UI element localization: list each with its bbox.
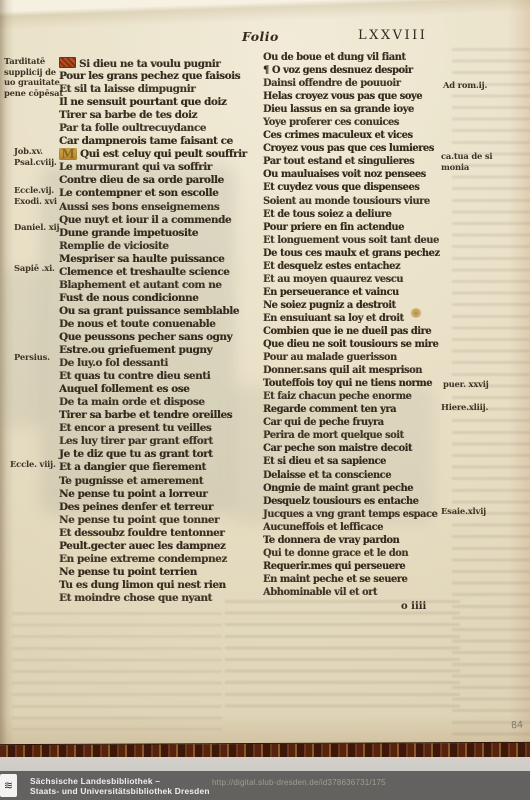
verse-line: Par ta folle oultrecuydance xyxy=(59,122,247,135)
verse-line: Clemence et treshaulte science xyxy=(59,266,247,279)
margin-note: Eccle.vij. xyxy=(14,185,54,196)
verse-line: De tous ces maulx et grans pechez xyxy=(263,247,440,260)
verse-line: Ces crimes maculeux et vices xyxy=(263,129,440,142)
verse-line: Qui te donne grace et le don xyxy=(263,547,440,560)
verse-line: Et a dangier que fierement xyxy=(59,461,247,474)
verse-line: Car qui de peche fruyra xyxy=(263,416,440,429)
illuminated-initial-icon: M xyxy=(59,148,77,160)
verse-line: Remplie de viciosite xyxy=(59,240,247,253)
verse-line: Blaphement et autant com ne xyxy=(59,279,247,292)
verse-line: ¶ O voz gens desnuez despoir xyxy=(263,64,440,77)
verse-line: Ongnie de maint grant peche xyxy=(263,482,440,495)
bleed-through-text xyxy=(225,600,460,708)
verse-line: Et au moyen quaurez vescu xyxy=(263,273,440,286)
margin-note: ca.tua de simonia xyxy=(441,151,492,172)
verse-line: Pour les grans pechez que faisois xyxy=(59,70,247,83)
verse-line: Et si dieu et sa sapience xyxy=(263,455,440,468)
verse-line: Auquel follement es ose xyxy=(59,383,247,396)
institution-line2: Staats- und Universitätsbibliothek Dresd… xyxy=(30,786,210,796)
verse-line: Et sil ta laisse dimpugnir xyxy=(59,83,247,96)
verse-line: Aucuneffois et lefficace xyxy=(263,521,440,534)
verse-line: Le murmurant qui va soffrir xyxy=(59,161,247,174)
verse-line: Te donnera de vray pardon xyxy=(263,534,440,547)
margin-note: Esaie.xlvij xyxy=(441,506,486,517)
verse-line: De nous et toute conuenable xyxy=(59,318,247,331)
verse-line: Et cuydez vous que dispensees xyxy=(263,181,440,194)
slub-logo-icon: ≋ xyxy=(0,774,17,797)
manuscript-page: Folio LXXVIII Tarditatēsupplicij deuo gr… xyxy=(0,0,530,744)
verse-line: En perseuerance et vaincu xyxy=(263,286,440,299)
verse-line: Et dessoubz fouldre tentonner xyxy=(59,527,247,540)
verse-line: Tu es dung limon qui nest rien xyxy=(59,579,247,592)
margin-note: Ad rom.ij. xyxy=(443,80,487,91)
verse-line: Que dieu ne soit tousiours se mire xyxy=(263,338,440,351)
verse-line: Des peines denfer et terreur xyxy=(59,501,247,514)
verse-line: Ou mauluaises voit noz pensees xyxy=(263,168,440,181)
margin-note: Psal.cviij. xyxy=(14,157,57,168)
verse-line: Desquelz tousiours es entache xyxy=(263,495,440,508)
verse-line: Soient au monde tousiours viure xyxy=(263,195,440,208)
verse-line: Les luy tirer par grant effort xyxy=(59,435,247,448)
verse-line: Perira de mort quelque soit xyxy=(263,429,440,442)
verse-line: De ta main orde et dispose xyxy=(59,396,247,409)
verse-line: Aussi ses bons enseignemens xyxy=(59,201,247,214)
verse-line: Regarde comment ten yra xyxy=(263,403,440,416)
verse-line: MQui est celuy qui peult souffrir xyxy=(59,148,247,161)
bleed-through-text xyxy=(12,612,222,730)
institution-name: Sächsische Landesbibliothek – Staats- un… xyxy=(30,776,210,796)
verse-line: Car peche son maistre decoit xyxy=(263,442,440,455)
margin-note: Hiere.xliij. xyxy=(441,402,488,413)
verse-line: Abhominable vil et ort xyxy=(263,586,440,599)
watermark-footer-bar: ≋ Sächsische Landesbibliothek – Staats- … xyxy=(0,771,530,800)
verse-line: Ne pense tu point a lorreur xyxy=(59,488,247,501)
verse-line: Il ne sensuit pourtant que doiz xyxy=(59,96,247,109)
verse-line: En peine extreme condempnez xyxy=(59,553,247,566)
margin-note: Exodi. xvi xyxy=(14,196,57,207)
verse-line: Peult.gecter auec les dampnez xyxy=(59,540,247,553)
verse-line: En ensuiuant sa loy et droit xyxy=(263,312,440,325)
pencil-page-number: 84 xyxy=(511,720,524,732)
verse-line: Contre dieu de sa orde parolle xyxy=(59,174,247,187)
show-through-tint xyxy=(0,268,46,428)
verse-line: Car dampnerois tame faisant ce xyxy=(59,135,247,148)
verse-line: Et quas tu contre dieu senti xyxy=(59,370,247,383)
verse-line: En maint peche et se seuere xyxy=(263,573,440,586)
verse-line: Croyez vous pas que ces lumieres xyxy=(263,142,440,155)
verse-line: Tirer sa barbe et tendre oreilles xyxy=(59,409,247,422)
verse-column-left: Si dieu ne ta voulu pugnirPour les grans… xyxy=(59,57,247,605)
verse-line: Dune grande impetuosite xyxy=(59,227,247,240)
quire-signature: o iiii xyxy=(401,601,426,612)
verse-line: Et moindre chose que nyant xyxy=(59,592,247,605)
verse-line: Donner.sans quil ait mesprison xyxy=(263,364,440,377)
verse-line: Requerir.mes qui perseuere xyxy=(263,560,440,573)
verse-line: Pour priere en fin actendue xyxy=(263,221,440,234)
verse-line: Yoye proferer ces conuices xyxy=(263,116,440,129)
margin-note: Eccle. viij. xyxy=(10,459,56,470)
verse-line: Dieu lassus en sa grande ioye xyxy=(263,103,440,116)
folio-number: LXXVIII xyxy=(358,28,427,43)
illuminated-initial-icon xyxy=(59,57,76,68)
margin-note: Job.xv. xyxy=(14,146,43,157)
verse-line: Ou sa grant puissance semblable xyxy=(59,305,247,318)
verse-line: Helas croyez vous pas que soye xyxy=(263,90,440,103)
margin-note: Sapiē .xi. xyxy=(14,263,55,274)
margin-note: Daniel. xij xyxy=(14,222,59,233)
verse-line: Ou de boue et dung vil fiant xyxy=(263,51,440,64)
verse-line: Pour au malade guerisson xyxy=(263,351,440,364)
verse-line: Par tout estand et singulieres xyxy=(263,155,440,168)
margin-note: Persius. xyxy=(14,352,50,363)
folio-label: Folio xyxy=(242,29,279,44)
verse-line: Et faiz chacun peche enorme xyxy=(263,390,440,403)
verse-line: Que peussons pecher sans ogny xyxy=(59,331,247,344)
verse-line: Ne pense tu point terrien xyxy=(59,566,247,579)
verse-line: Touteffois toy qui ne tiens norme xyxy=(263,377,440,390)
scanned-book-page-view: Folio LXXVIII Tarditatēsupplicij deuo gr… xyxy=(0,0,530,800)
verse-line: Mespriser sa haulte puissance xyxy=(59,253,247,266)
verse-line: Le contempner et son escolle xyxy=(59,187,247,200)
verse-line: Jucques a vng grant temps espace xyxy=(263,508,440,521)
verse-line: Estre.ou griefuement pugny xyxy=(59,344,247,357)
verse-line: Et longuement vous soit tant deue xyxy=(263,234,440,247)
verse-column-right: Ou de boue et dung vil fiant¶ O voz gens… xyxy=(263,51,440,599)
verse-line: Je te diz que tu as grant tort xyxy=(59,448,247,461)
verse-line: Delaisse et ta conscience xyxy=(263,469,440,482)
margin-note: Tarditatēsupplicij deuo grauitatepene cō… xyxy=(4,56,63,98)
verse-line: Ne pense tu point que tonner xyxy=(59,514,247,527)
verse-line: Combien que ie ne dueil pas dire xyxy=(263,325,440,338)
verse-line: Dainsi offendre de pouuoir xyxy=(263,77,440,90)
institution-line1: Sächsische Landesbibliothek – xyxy=(30,776,210,786)
verse-line: Fust de nous condicionne xyxy=(59,292,247,305)
verse-line: De luy.o fol dessanti xyxy=(59,357,247,370)
verse-line: Et desquelz estes entachez xyxy=(263,260,440,273)
verse-line: Que nuyt et iour il a commende xyxy=(59,214,247,227)
verse-line: Et encor a present tu veilles xyxy=(59,422,247,435)
digital-object-url: http://digital.slub-dresden.de/id3786367… xyxy=(212,778,386,787)
verse-line: Ne soiez pugniz a destroit xyxy=(263,299,440,312)
verse-line: Te pugnisse et amerement xyxy=(59,475,247,488)
verse-line: Tirer sa barbe de tes doiz xyxy=(59,109,247,122)
margin-note: puer. xxvij xyxy=(443,379,489,390)
verse-line: Et de tous soiez a deliure xyxy=(263,208,440,221)
verse-line: Si dieu ne ta voulu pugnir xyxy=(59,57,247,70)
